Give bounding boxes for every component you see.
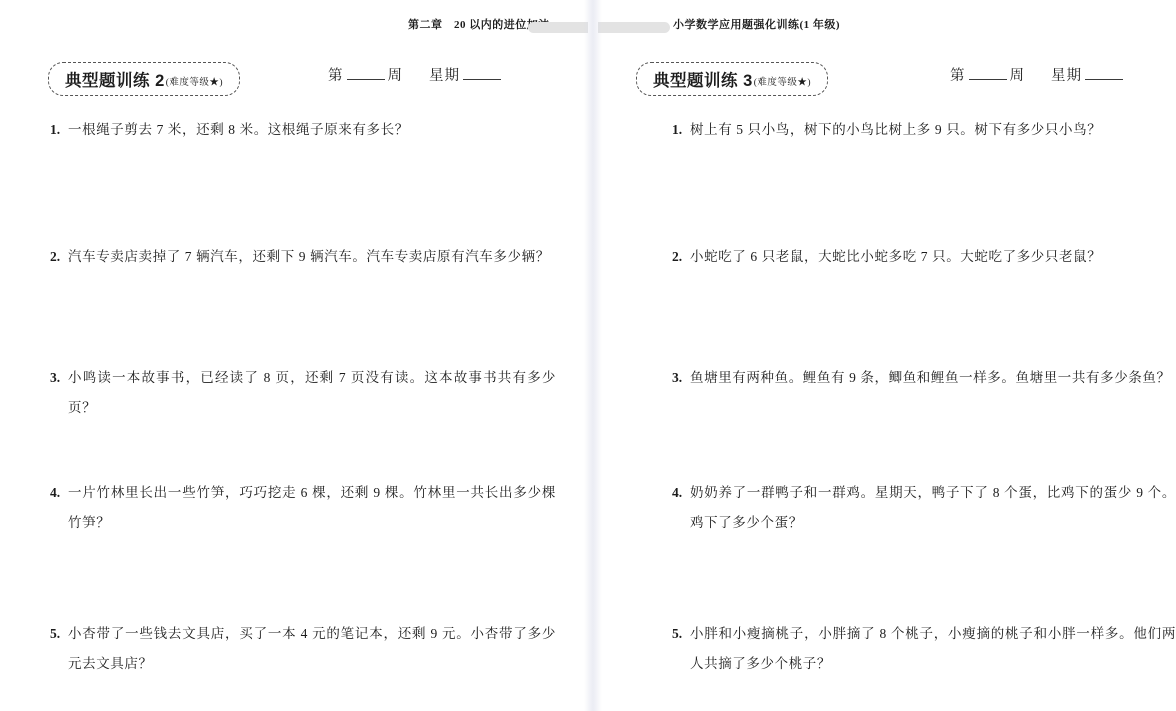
- problem-text: 一根绳子剪去 7 米，还剩 8 米。这根绳子原来有多长？: [68, 122, 409, 137]
- problem-number: 3.: [50, 363, 60, 393]
- day-label: 星期: [1051, 68, 1082, 84]
- problem-number: 5.: [672, 619, 682, 649]
- lesson-title: 典型题训练 3: [653, 67, 753, 91]
- problem-number: 1.: [672, 115, 682, 145]
- week-blank-line: [347, 67, 385, 80]
- problem-number: 2.: [50, 242, 60, 272]
- problem-text: 小蛇吃了 6 只老鼠，大蛇比小蛇多吃 7 只。大蛇吃了多少只老鼠？: [690, 249, 1101, 264]
- problem-number: 5.: [50, 619, 60, 649]
- lesson-title-box: 典型题训练 2 (难度等级★): [48, 62, 240, 96]
- problem-text: 小胖和小瘦摘桃子，小胖摘了 8 个桃子，小瘦摘的桃子和小胖一样多。他们两人共摘了…: [690, 626, 1176, 671]
- problem-item: 4. 奶奶养了一群鸭子和一群鸡。星期天，鸭子下了 8 个蛋，比鸡下的蛋少 9 个…: [672, 478, 1176, 538]
- week-suffix-label: 周: [1010, 68, 1026, 84]
- header-band-right: [598, 22, 670, 33]
- problem-number: 4.: [50, 478, 60, 508]
- problem-number: 3.: [672, 363, 682, 393]
- problem-item: 5. 小杏带了一些钱去文具店，买了一本 4 元的笔记本，还剩 9 元。小杏带了多…: [50, 619, 556, 679]
- week-day-line: 第周星期: [328, 66, 504, 86]
- book-running-head: 小学数学应用题强化训练(1 年级): [673, 17, 840, 33]
- week-prefix-label: 第: [328, 68, 344, 84]
- difficulty-label: (难度等级★): [166, 71, 223, 88]
- problem-text: 小杏带了一些钱去文具店，买了一本 4 元的笔记本，还剩 9 元。小杏带了多少元去…: [68, 626, 556, 671]
- problem-item: 5. 小胖和小瘦摘桃子，小胖摘了 8 个桃子，小瘦摘的桃子和小胖一样多。他们两人…: [672, 619, 1176, 679]
- day-blank-line: [463, 67, 501, 80]
- problem-item: 2. 汽车专卖店卖掉了 7 辆汽车，还剩下 9 辆汽车。汽车专卖店原有汽车多少辆…: [50, 242, 556, 272]
- difficulty-label: (难度等级★): [754, 71, 811, 88]
- problem-number: 2.: [672, 242, 682, 272]
- book-spread: 第二章 20 以内的进位加法 典型题训练 2 (难度等级★) 第周星期 1. 一…: [0, 0, 1176, 711]
- problem-item: 1. 树上有 5 只小鸟，树下的小鸟比树上多 9 只。树下有多少只小鸟？: [672, 115, 1176, 145]
- problem-text: 一片竹林里长出一些竹笋，巧巧挖走 6 棵，还剩 9 棵。竹林里一共长出多少棵竹笋…: [68, 485, 556, 530]
- page-left: 第二章 20 以内的进位加法 典型题训练 2 (难度等级★) 第周星期 1. 一…: [0, 0, 588, 711]
- problem-item: 3. 小鸣读一本故事书，已经读了 8 页，还剩 7 页没有读。这本故事书共有多少…: [50, 363, 556, 423]
- problem-item: 3. 鱼塘里有两种鱼。鲤鱼有 9 条，鲫鱼和鲤鱼一样多。鱼塘里一共有多少条鱼？: [672, 363, 1176, 393]
- week-day-line: 第周星期: [950, 66, 1126, 86]
- problem-text: 奶奶养了一群鸭子和一群鸡。星期天，鸭子下了 8 个蛋，比鸡下的蛋少 9 个。鸡下…: [690, 485, 1176, 530]
- problem-text: 树上有 5 只小鸟，树下的小鸟比树上多 9 只。树下有多少只小鸟？: [690, 122, 1101, 137]
- day-blank-line: [1085, 67, 1123, 80]
- page-right: 小学数学应用题强化训练(1 年级) 典型题训练 3 (难度等级★) 第周星期 1…: [588, 0, 1176, 711]
- lesson-title: 典型题训练 2: [65, 67, 165, 91]
- problem-number: 1.: [50, 115, 60, 145]
- problem-text: 小鸣读一本故事书，已经读了 8 页，还剩 7 页没有读。这本故事书共有多少页？: [68, 370, 556, 415]
- week-suffix-label: 周: [388, 68, 404, 84]
- day-label: 星期: [429, 68, 460, 84]
- problem-item: 4. 一片竹林里长出一些竹笋，巧巧挖走 6 棵，还剩 9 棵。竹林里一共长出多少…: [50, 478, 556, 538]
- problem-number: 4.: [672, 478, 682, 508]
- week-blank-line: [969, 67, 1007, 80]
- problem-text: 汽车专卖店卖掉了 7 辆汽车，还剩下 9 辆汽车。汽车专卖店原有汽车多少辆？: [68, 249, 550, 264]
- week-prefix-label: 第: [950, 68, 966, 84]
- problem-item: 1. 一根绳子剪去 7 米，还剩 8 米。这根绳子原来有多长？: [50, 115, 556, 145]
- problem-text: 鱼塘里有两种鱼。鲤鱼有 9 条，鲫鱼和鲤鱼一样多。鱼塘里一共有多少条鱼？: [690, 370, 1171, 385]
- header-band-left: [528, 22, 588, 33]
- problem-item: 2. 小蛇吃了 6 只老鼠，大蛇比小蛇多吃 7 只。大蛇吃了多少只老鼠？: [672, 242, 1176, 272]
- lesson-title-box: 典型题训练 3 (难度等级★): [636, 62, 828, 96]
